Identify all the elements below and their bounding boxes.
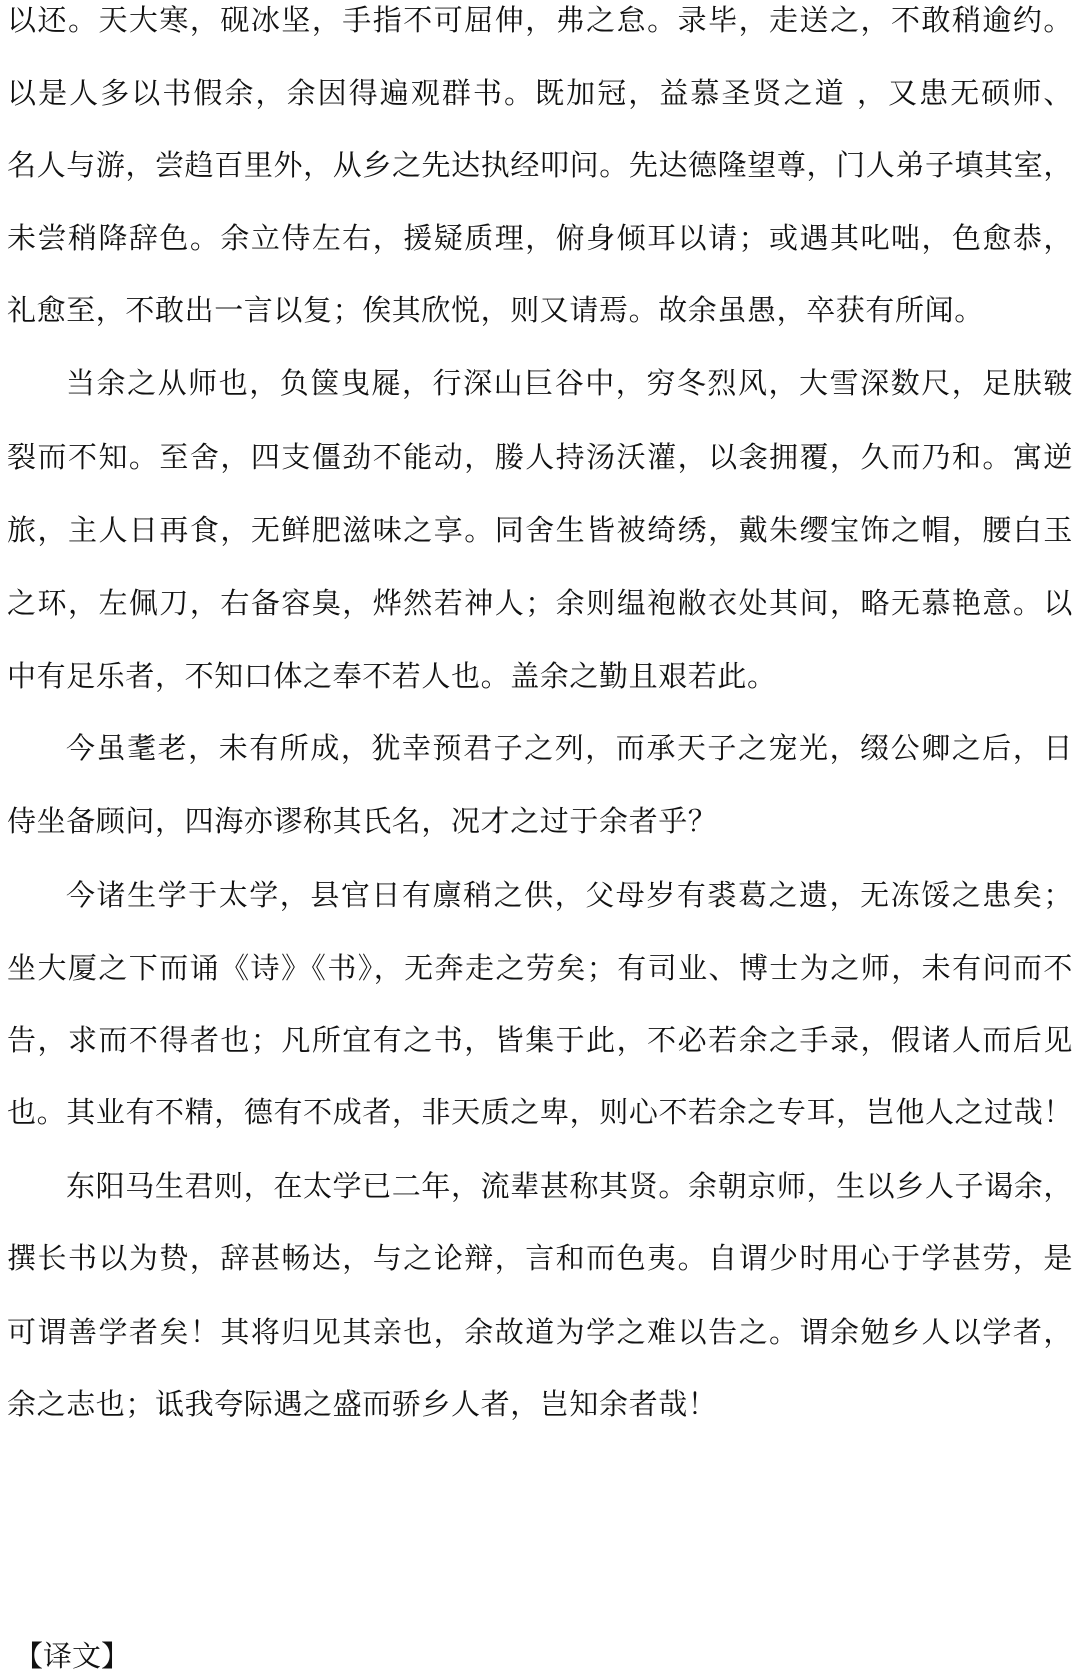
text-line: 以是人多以书假余，余因得遍观群书。既加冠，益慕圣贤之道 ，又患无硕师、 [7,73,1073,113]
paragraph-start-line: 当余之从师也，负箧曳屣，行深山巨谷中，穷冬烈风，大雪深数尺，足肤皲 [66,363,1073,403]
text-line: 也。其业有不精，德有不成者，非天质之卑，则心不若余之专耳，岂他人之过哉！ [7,1092,1073,1132]
text-line: 侍坐备顾问，四海亦谬称其氏名，况才之过于余者乎？ [7,801,1073,841]
text-line: 名人与游，尝趋百里外，从乡之先达执经叩问。先达德隆望尊，门人弟子填其室， [7,145,1073,185]
paragraph-start-line: 今虽耄老，未有所成，犹幸预君子之列，而承天子之宠光，缀公卿之后，日 [66,728,1073,768]
text-line: 告，求而不得者也；凡所宜有之书，皆集于此，不必若余之手录，假诸人而后见 [7,1020,1073,1060]
text-line: 裂而不知。至舍，四支僵劲不能动，媵人持汤沃灌，以衾拥覆，久而乃和。寓逆 [7,437,1073,477]
text-line: 以还。天大寒，砚冰坚，手指不可屈伸，弗之怠。录毕，走送之，不敢稍逾约。 [7,0,1073,40]
document-page: 以还。天大寒，砚冰坚，手指不可屈伸，弗之怠。录毕，走送之，不敢稍逾约。 以是人多… [0,0,1080,1675]
text-line: 之环，左佩刀，右备容臭，烨然若神人；余则缊袍敝衣处其间，略无慕艳意。以 [7,583,1073,623]
text-line: 未尝稍降辞色。余立侍左右，援疑质理，俯身倾耳以请；或遇其叱咄，色愈恭， [7,218,1073,258]
text-line: 坐大厦之下而诵《诗》《书》，无奔走之劳矣；有司业、博士为之师，未有问而不 [7,948,1073,988]
text-line: 撰长书以为贽，辞甚畅达，与之论辩，言和而色夷。自谓少时用心于学甚劳，是 [7,1238,1073,1278]
text-line: 余之志也；诋我夸际遇之盛而骄乡人者，岂知余者哉！ [7,1384,1073,1424]
text-line: 可谓善学者矣！其将归见其亲也，余故道为学之难以告之。谓余勉乡人以学者， [7,1312,1073,1352]
text-line: 旅，主人日再食，无鲜肥滋味之享。同舍生皆被绮绣，戴朱缨宝饰之帽，腰白玉 [7,510,1073,550]
text-line: 中有足乐者，不知口体之奉不若人也。盖余之勤且艰若此。 [7,656,1073,696]
paragraph-start-line: 东阳马生君则，在太学已二年，流辈甚称其贤。余朝京师，生以乡人子谒余， [66,1166,1073,1206]
text-line: 礼愈至，不敢出一言以复；俟其欣悦，则又请焉。故余虽愚，卒获有所闻。 [7,290,1073,330]
translation-heading: 【译文】 [14,1636,130,1675]
paragraph-start-line: 今诸生学于太学，县官日有廪稍之供，父母岁有裘葛之遗，无冻馁之患矣； [66,875,1073,915]
